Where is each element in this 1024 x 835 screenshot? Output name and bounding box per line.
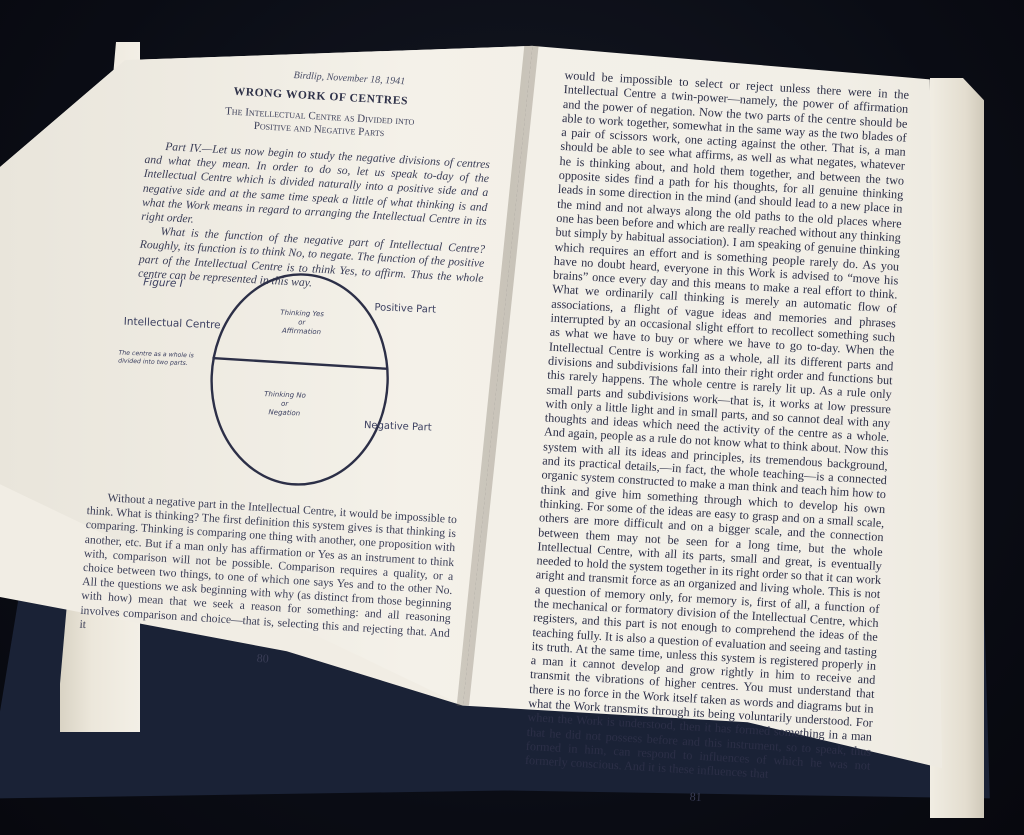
figure-label: Figure I bbox=[143, 276, 183, 290]
centre-circle bbox=[208, 271, 392, 488]
divider-line bbox=[212, 358, 388, 369]
positive-part-label: Positive Part bbox=[374, 302, 436, 315]
paragraph-without-negative: Without a negative part in the Intellect… bbox=[79, 490, 457, 655]
paragraph-twin-power: would be impossible to select or reject … bbox=[525, 68, 910, 787]
intellectual-centre-label: Intellectual Centre bbox=[123, 316, 220, 332]
lower-text-1: Thinking No bbox=[264, 390, 306, 400]
upper-text-1: Thinking Yes bbox=[280, 309, 324, 319]
circle-diagram: Figure I Intellectual Centre The centre … bbox=[99, 262, 478, 506]
part-label: Part IV. bbox=[165, 140, 202, 155]
intro-text: —Let us now begin to study the negative … bbox=[141, 142, 490, 228]
right-page-body-text: would be impossible to select or reject … bbox=[523, 68, 909, 814]
left-page-body-text: Without a negative part in the Intellect… bbox=[78, 490, 458, 678]
upper-text-2: or bbox=[298, 318, 307, 326]
upper-text-3: Affirmation bbox=[281, 327, 321, 337]
lower-text-2: or bbox=[281, 400, 290, 408]
figure-intellectual-centre: Figure I Intellectual Centre The centre … bbox=[99, 262, 478, 506]
negative-part-label: Negative Part bbox=[364, 420, 432, 434]
lower-text-3: Negation bbox=[268, 408, 300, 417]
